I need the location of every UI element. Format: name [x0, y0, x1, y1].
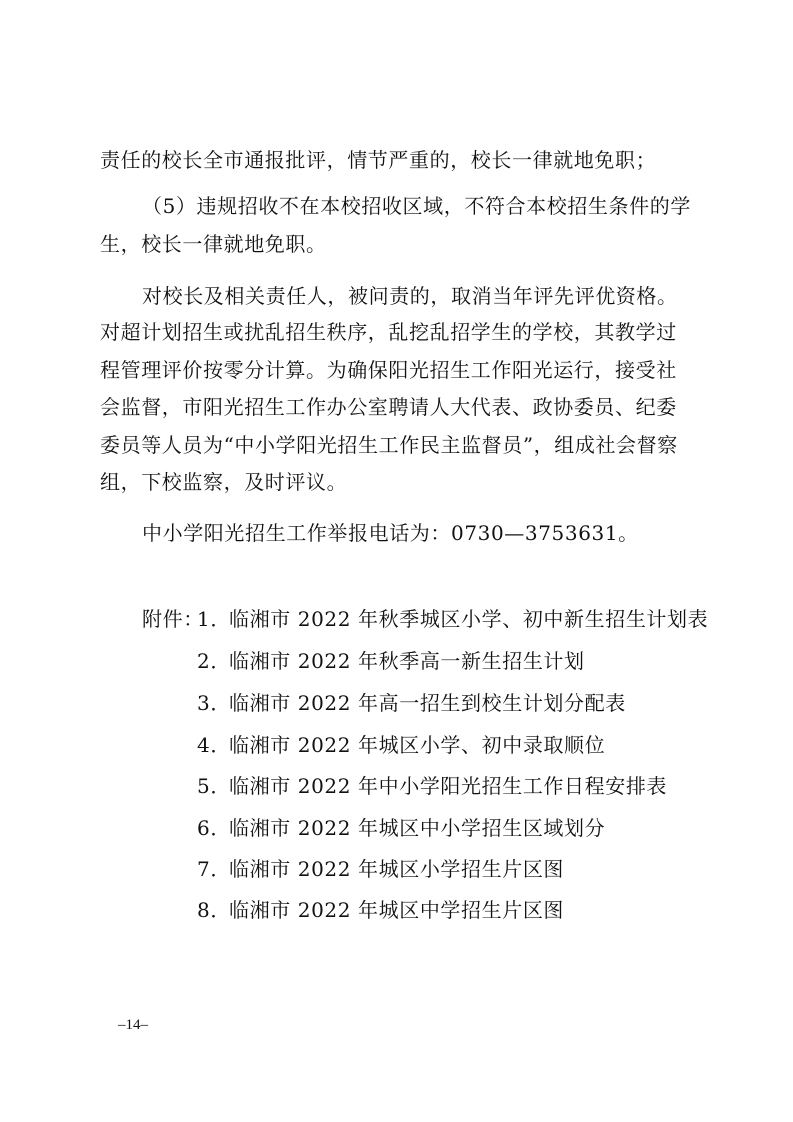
attachment-title: 临湘市 2022 年秋季城区小学、初中新生招生计划表: [229, 607, 708, 631]
attachment-number: 3．: [197, 691, 231, 715]
body-line-2: （5）违规招收不在本校招收区域，不符合本校招生条件的学: [142, 194, 691, 218]
body-line-7: 会监督，市阳光招生工作办公室聘请人大代表、政协委员、纪委: [100, 395, 677, 419]
attachment-title: 临湘市 2022 年秋季高一新生招生计划: [229, 649, 585, 673]
attachment-number: 7．: [197, 857, 231, 881]
body-line-5: 对超计划招生或扰乱招生秩序，乱挖乱招学生的学校，其教学过: [100, 320, 677, 344]
attachment-number: 8．: [197, 898, 231, 922]
attachment-number: 1．: [197, 607, 231, 631]
attachment-title: 临湘市 2022 年城区中小学招生区域划分: [229, 816, 605, 840]
body-line-8: 委员等人员为“中小学阳光招生工作民主监督员”，组成社会督察: [100, 433, 678, 457]
hotline-line: 中小学阳光招生工作举报电话为：0730—3753631。: [142, 521, 639, 545]
body-line-6: 程管理评价按零分计算。为确保阳光招生工作阳光运行，接受社: [100, 358, 677, 382]
body-line-3: 生，校长一律就地免职。: [100, 232, 327, 256]
body-line-4: 对校长及相关责任人，被问责的，取消当年评先评优资格。: [142, 284, 678, 308]
attachment-title: 临湘市 2022 年城区中学招生片区图: [229, 898, 564, 922]
attachment-prefix: 附件：: [142, 607, 204, 631]
attachment-number: 2．: [197, 649, 231, 673]
attachment-title: 临湘市 2022 年城区小学、初中录取顺位: [229, 733, 605, 757]
attachment-number: 6．: [197, 816, 231, 840]
attachment-title: 临湘市 2022 年城区小学招生片区图: [229, 857, 564, 881]
attachment-number: 4．: [197, 733, 231, 757]
page-number: –14–: [118, 1016, 148, 1034]
attachment-title: 临湘市 2022 年高一招生到校生计划分配表: [229, 691, 626, 715]
attachment-title: 临湘市 2022 年中小学阳光招生工作日程安排表: [229, 774, 667, 798]
attachment-number: 5．: [197, 774, 231, 798]
body-line-1: 责任的校长全市通报批评，情节严重的，校长一律就地免职；: [100, 148, 656, 172]
body-line-9: 组，下校监察，及时评议。: [100, 470, 347, 494]
